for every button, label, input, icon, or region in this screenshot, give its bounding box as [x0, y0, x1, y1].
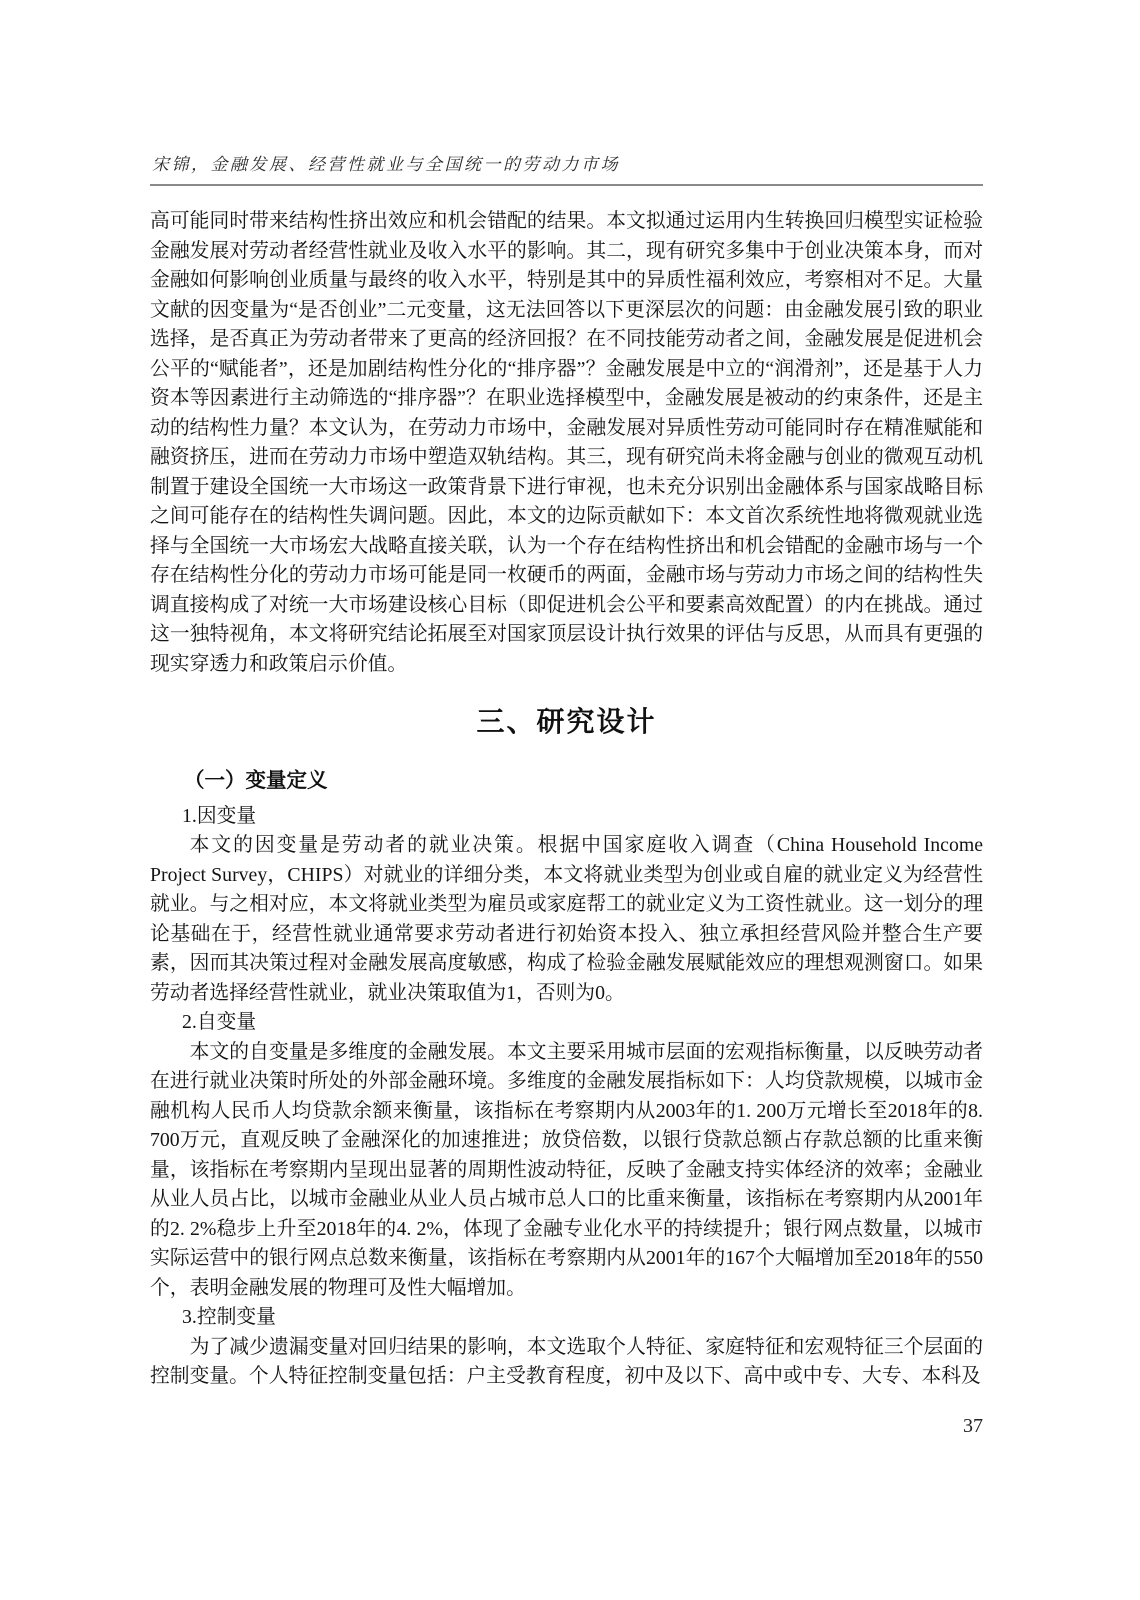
- item-paragraph-dependent-variable: 本文的因变量是劳动者的就业决策。根据中国家庭收入调查（China Househo…: [150, 831, 983, 1008]
- section-heading: 三、研究设计: [150, 700, 983, 740]
- running-head: 宋锦，金融发展、经营性就业与全国统一的劳动力市场: [152, 150, 983, 175]
- subsection-heading-variable-definition: （一）变量定义: [184, 767, 983, 797]
- item-label-independent-variable: 2.自变量: [182, 1008, 983, 1038]
- item-label-control-variable: 3.控制变量: [182, 1303, 983, 1333]
- item-label-dependent-variable: 1.因变量: [182, 802, 983, 832]
- variable-block-dependent: 1.因变量 本文的因变量是劳动者的就业决策。根据中国家庭收入调查（China H…: [150, 802, 983, 1009]
- item-paragraph-control-variable: 为了减少遗漏变量对回归结果的影响，本文选取个人特征、家庭特征和宏观特征三个层面的…: [150, 1333, 983, 1392]
- page-number: 37: [963, 1415, 983, 1437]
- paper-page: 宋锦，金融发展、经营性就业与全国统一的劳动力市场 高可能同时带来结构性挤出效应和…: [0, 0, 1140, 1600]
- header-rule: [150, 184, 983, 186]
- item-paragraph-independent-variable: 本文的自变量是多维度的金融发展。本文主要采用城市层面的宏观指标衡量，以反映劳动者…: [150, 1038, 983, 1304]
- body-paragraph-continuation: 高可能同时带来结构性挤出效应和机会错配的结果。本文拟通过运用内生转换回归模型实证…: [150, 207, 983, 679]
- page-footer: 37: [150, 1415, 983, 1438]
- variable-block-control: 3.控制变量 为了减少遗漏变量对回归结果的影响，本文选取个人特征、家庭特征和宏观…: [150, 1303, 983, 1392]
- variable-block-independent: 2.自变量 本文的自变量是多维度的金融发展。本文主要采用城市层面的宏观指标衡量，…: [150, 1008, 983, 1303]
